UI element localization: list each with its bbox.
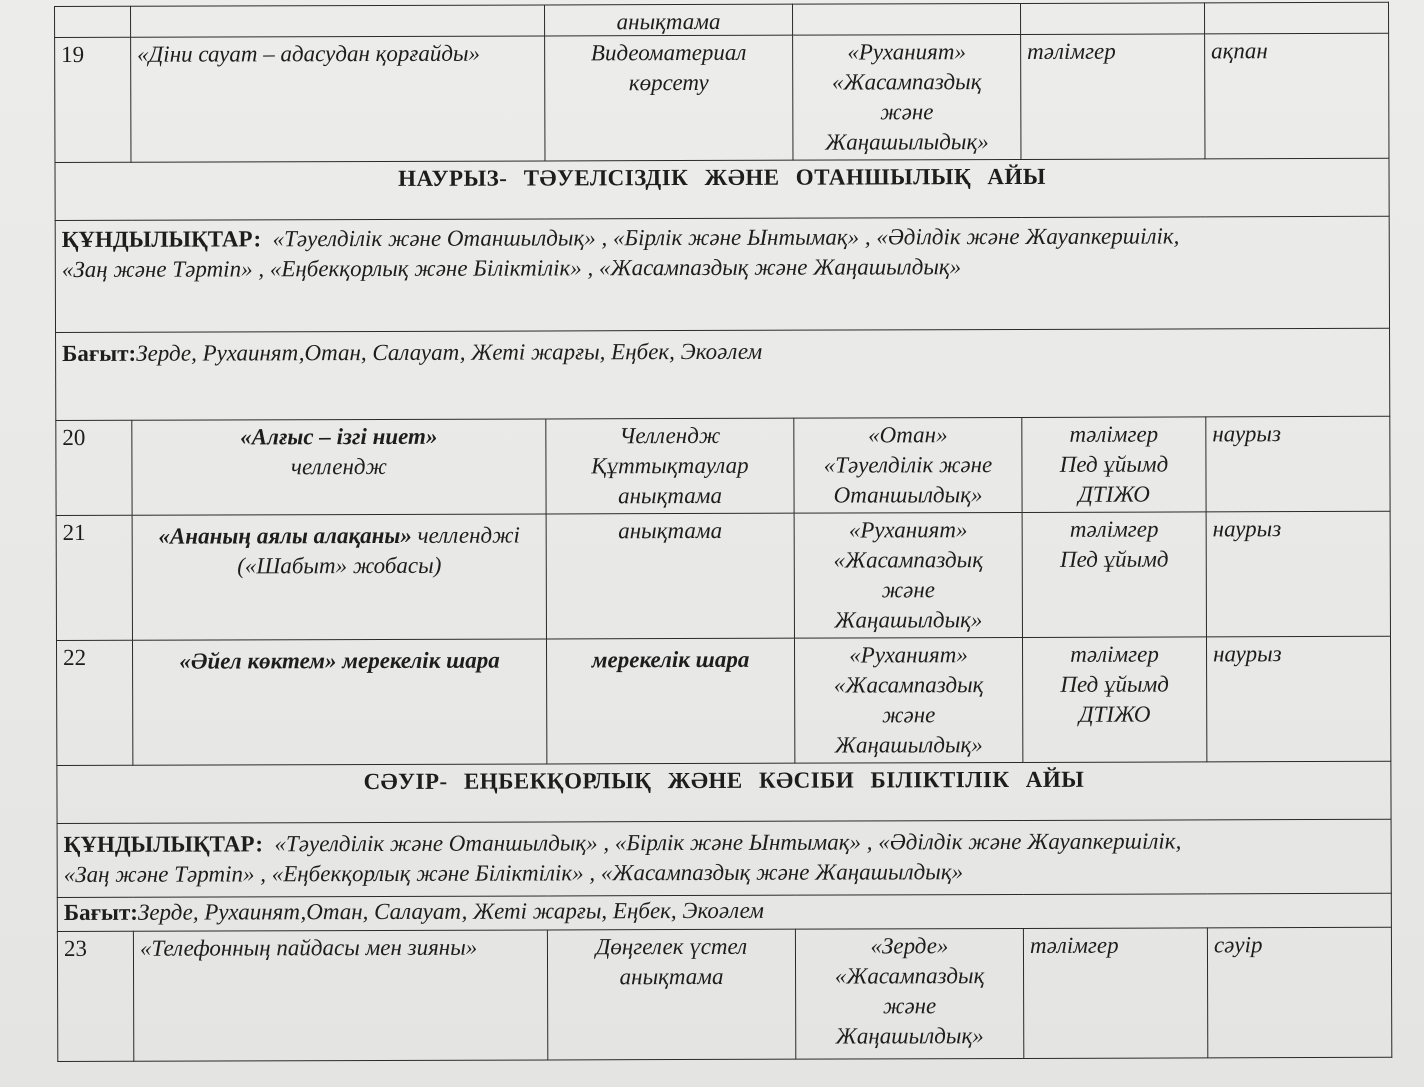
cell-title: «Әйел көктем» мерекелік шара — [132, 639, 546, 765]
cell-title: «Алғыс – ізгі ниет» челлендж — [132, 419, 546, 515]
section-title: СӘУІР- ЕҢБЕКҚОРЛЫҚ ЖӘНЕ КӘСІБИ БІЛІКТІЛІ… — [57, 761, 1391, 823]
cell-responsible: тәлімгер Пед ұйымд — [1022, 512, 1206, 638]
section-values-row: ҚҰНДЫЛЫҚТАР: «Тәуелділік және Отаншылдық… — [55, 216, 1389, 332]
cell-values: «Руханият» «Жасампаздық және Жаңашылдық» — [794, 512, 1022, 638]
section-header-row: СӘУІР- ЕҢБЕКҚОРЛЫҚ ЖӘНЕ КӘСІБИ БІЛІКТІЛІ… — [57, 761, 1391, 823]
section-values: ҚҰНДЫЛЫҚТАР: «Тәуелділік және Отаншылдық… — [55, 216, 1389, 332]
section-direction: Бағыт:Зерде, Рухаинят,Отан, Салауат, Жет… — [56, 328, 1390, 420]
cell-month: наурыз — [1206, 511, 1390, 637]
cell-month: ақпан — [1205, 33, 1389, 159]
values-label: ҚҰНДЫЛЫҚТАР: — [64, 831, 263, 857]
table-row: 22 «Әйел көктем» мерекелік шара мерекелі… — [56, 636, 1390, 765]
cell-month: сәуір — [1207, 927, 1391, 1058]
table-row: 19 «Діни сауат – адасудан қорғайды» Виде… — [55, 33, 1389, 162]
cell-responsible: тәлімгер Пед ұйымд ДТІЖО — [1022, 417, 1206, 513]
section-direction: Бағыт:Зерде, Рухаинят,Отан, Салауат, Жет… — [57, 893, 1391, 931]
cell-number: 22 — [56, 640, 132, 765]
section-direction-row: Бағыт:Зерде, Рухаинят,Отан, Салауат, Жет… — [57, 893, 1391, 931]
cell-number: 21 — [56, 515, 132, 640]
cell-responsible: тәлімгер Пед ұйымд ДТІЖО — [1022, 637, 1206, 763]
cell-format: мерекелік шара — [546, 638, 794, 764]
direction-label: Бағыт: — [62, 341, 136, 366]
table-row: 20 «Алғыс – ізгі ниет» челлендж Челлендж… — [56, 416, 1390, 515]
cell-title: «Діни сауат – адасудан қорғайды» — [131, 36, 545, 162]
section-values: ҚҰНДЫЛЫҚТАР: «Тәуелділік және Отаншылдық… — [57, 819, 1391, 897]
cell-format: Челлендж Құттықтаулар анықтама — [546, 418, 794, 514]
table-row: 21 «Ананың аялы алақаны» челленджі («Шаб… — [56, 511, 1390, 640]
cell-format: Видеоматериал көрсету — [545, 35, 793, 161]
events-plan-table: анықтама 19 «Діни сауат – адасудан қорға… — [54, 2, 1392, 1062]
cell-month: наурыз — [1206, 636, 1390, 762]
values-label: ҚҰНДЫЛЫҚТАР: — [62, 226, 261, 252]
cell-format: Дөңгелек үстел анықтама — [547, 929, 795, 1060]
direction-label: Бағыт: — [64, 900, 138, 925]
cell-format: анықтама — [546, 513, 794, 639]
cell-values: «Руханият» «Жасампаздық және Жаңашылдық» — [794, 637, 1022, 763]
table-row: 23 «Телефонның пайдасы мен зияны» Дөңгел… — [57, 927, 1391, 1061]
cell-format: анықтама — [544, 4, 792, 36]
section-title: НАУРЫЗ- ТӘУЕЛСІЗДІК ЖӘНЕ ОТАНШЫЛЫҚ АЙЫ — [55, 158, 1389, 220]
cell-responsible: тәлімгер — [1023, 928, 1207, 1059]
section-header-row: НАУРЫЗ- ТӘУЕЛСІЗДІК ЖӘНЕ ОТАНШЫЛЫҚ АЙЫ — [55, 158, 1389, 220]
cell-number: 23 — [57, 931, 133, 1061]
cell-number: 20 — [56, 420, 132, 515]
cell-values: «Отан» «Тәуелділік және Отаншылдық» — [794, 417, 1022, 513]
cell-number: 19 — [55, 37, 131, 162]
section-direction-row: Бағыт:Зерде, Рухаинят,Отан, Салауат, Жет… — [56, 328, 1390, 420]
cell-title: «Ананың аялы алақаны» челленджі («Шабыт»… — [132, 514, 546, 640]
cell-values: «Зерде» «Жасампаздық және Жаңашылдық» — [795, 928, 1023, 1059]
table-row-continued: анықтама — [55, 2, 1389, 37]
cell-responsible: тәлімгер — [1021, 34, 1205, 160]
cell-values: «Руханият» «Жасампаздық және Жаңашылыдық… — [793, 34, 1021, 160]
cell-title: «Телефонның пайдасы мен зияны» — [133, 930, 547, 1061]
scanned-page: анықтама 19 «Діни сауат – адасудан қорға… — [0, 0, 1424, 1087]
section-values-row: ҚҰНДЫЛЫҚТАР: «Тәуелділік және Отаншылдық… — [57, 819, 1391, 897]
cell-month: наурыз — [1206, 416, 1390, 512]
